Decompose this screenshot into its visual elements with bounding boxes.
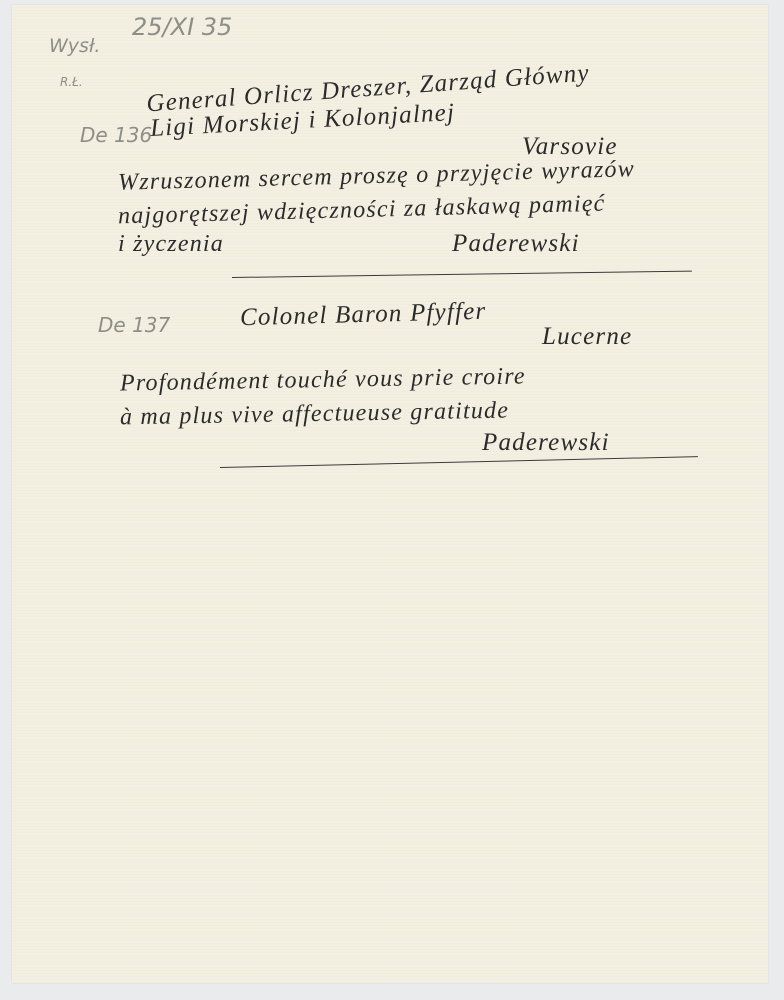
separator-line xyxy=(232,271,692,278)
date-note: 25/XI 35 xyxy=(132,13,232,41)
message-line: i życzenia xyxy=(118,231,224,258)
message-line: Profondément touché vous prie croire xyxy=(120,363,526,397)
telegram-number: De 136 xyxy=(80,123,152,147)
message-line: à ma plus vive affectueuse gratitude xyxy=(120,398,510,432)
initials-note: R.Ł. xyxy=(60,75,83,89)
recipient-line: Colonel Baron Pfyffer xyxy=(240,298,487,332)
separator-line xyxy=(220,456,698,468)
telegram-number: De 137 xyxy=(98,313,170,337)
signature: Paderewski xyxy=(452,230,580,258)
signature: Paderewski xyxy=(482,429,610,457)
message-line: Wzruszonem sercem proszę o przyjęcie wyr… xyxy=(118,156,635,197)
city: Lucerne xyxy=(542,323,632,351)
sent-note: Wysł. xyxy=(49,35,100,57)
message-line: najgorętszej wdzięczności za łaskawą pam… xyxy=(118,191,606,231)
letter-sheet: Wysł. 25/XI 35 R.Ł. De 136 General Orlic… xyxy=(12,5,768,983)
